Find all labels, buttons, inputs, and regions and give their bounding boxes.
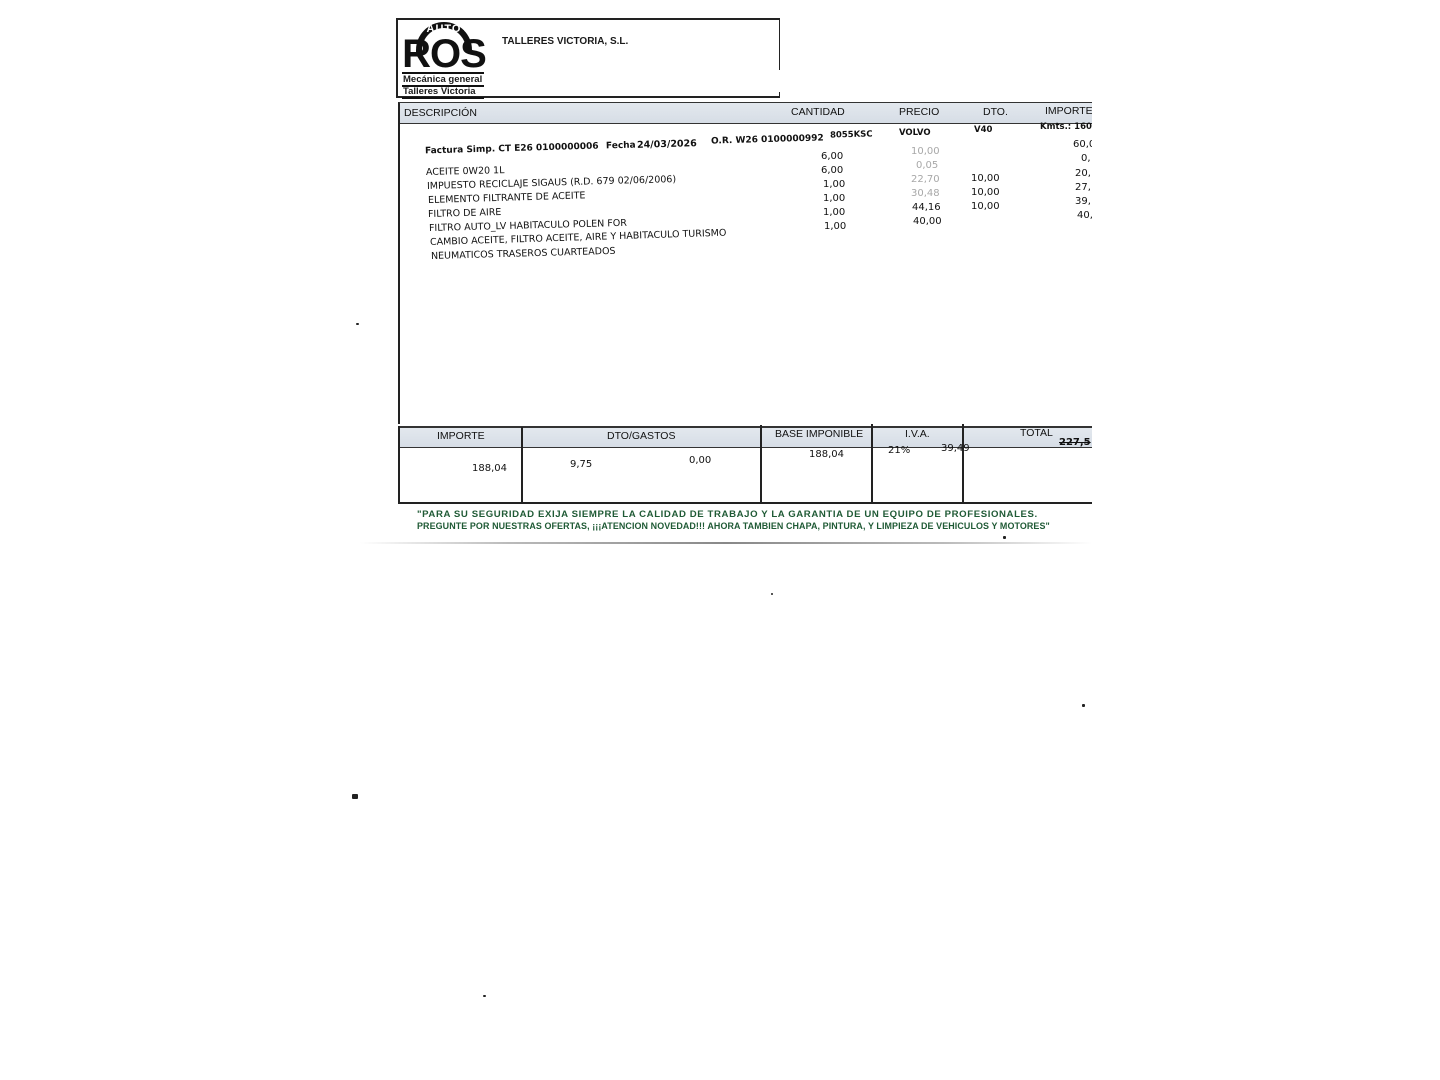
line-item-description: FILTRO DE AIRE	[428, 207, 502, 220]
logo-subtitle: Talleres Victoria	[403, 86, 476, 97]
line-item-price: 40,00	[913, 216, 942, 227]
line-item-price: 30,48	[911, 188, 940, 199]
auto-ros-logo: AUTO ROS Mecánica general Talleres Victo…	[402, 22, 486, 98]
totals-header-dto-gastos: DTO/GASTOS	[607, 430, 675, 442]
totals-iva-amount: 39,49	[941, 443, 970, 454]
invoice-date: 24/03/2026	[637, 138, 697, 151]
line-item-quantity: 1,00	[823, 179, 845, 190]
line-item-price: 44,16	[912, 202, 941, 213]
scan-speck	[356, 323, 359, 325]
footer-slogan-line2: PREGUNTE POR NUESTRAS OFERTAS, ¡¡¡ATENCI…	[417, 521, 1050, 532]
totals-header	[400, 426, 1092, 448]
line-item-quantity: 1,00	[823, 207, 845, 218]
line-item-amount: 39,	[1075, 196, 1091, 207]
totals-importe: 188,04	[472, 463, 507, 474]
totals-header-importe: IMPORTE	[437, 430, 485, 442]
totals-gastos: 0,00	[689, 455, 711, 466]
line-item-amount: 20,	[1075, 168, 1091, 179]
totals-header-base: BASE IMPONIBLE	[775, 428, 863, 440]
line-item-quantity: 1,00	[823, 193, 845, 204]
column-header-amount: IMPORTE	[1045, 105, 1093, 117]
vehicle-model: V40	[974, 125, 992, 135]
column-header-description: DESCRIPCIÓN	[404, 107, 477, 119]
column-header-price: PRECIO	[899, 106, 939, 118]
line-item-price: 22,70	[911, 174, 940, 185]
line-item-discount: 10,00	[971, 201, 1000, 212]
page-edge	[360, 542, 1092, 544]
line-item-quantity: 6,00	[821, 151, 843, 162]
line-item-price: 10,00	[911, 146, 940, 157]
line-item-amount: 0,	[1081, 153, 1091, 164]
logo-tagline: Mecánica general	[403, 74, 482, 85]
kilometers: Kmts.: 160	[1040, 122, 1092, 132]
totals-iva-rate: 21%	[888, 445, 910, 456]
line-item-amount: 40,	[1077, 210, 1093, 221]
scan-speck	[352, 794, 358, 799]
line-item-amount: 27,	[1075, 182, 1091, 193]
scan-speck	[771, 593, 773, 595]
line-item-discount: 10,00	[971, 187, 1000, 198]
totals-header-iva: I.V.A.	[905, 428, 930, 440]
company-name: TALLERES VICTORIA, S.L.	[502, 36, 628, 47]
line-item-price: 0,05	[916, 160, 938, 171]
footer-slogan-line1: "PARA SU SEGURIDAD EXIJA SIEMPRE LA CALI…	[417, 509, 1038, 520]
column-header-quantity: CANTIDAD	[791, 106, 845, 118]
scan-speck	[1082, 704, 1085, 707]
scan-margin	[1092, 0, 1440, 1080]
line-item-quantity: 6,00	[821, 165, 843, 176]
line-item-quantity: 1,00	[824, 221, 846, 232]
scan-speck	[483, 995, 486, 997]
date-label: Fecha	[606, 141, 636, 152]
totals-header-total: TOTAL	[1020, 427, 1053, 439]
vehicle-make: VOLVO	[899, 128, 931, 138]
column-header-discount: DTO.	[983, 106, 1008, 118]
totals-base-imponible: 188,04	[809, 449, 844, 460]
totals-total: 227,5	[1059, 437, 1091, 448]
line-item-description: ACEITE 0W20 1L	[426, 165, 505, 178]
scan-speck	[1003, 536, 1006, 539]
totals-dto: 9,75	[570, 459, 592, 470]
logo-ros-text: ROS	[402, 34, 486, 74]
license-plate: 8055KSC	[830, 129, 873, 140]
line-item-discount: 10,00	[971, 173, 1000, 184]
